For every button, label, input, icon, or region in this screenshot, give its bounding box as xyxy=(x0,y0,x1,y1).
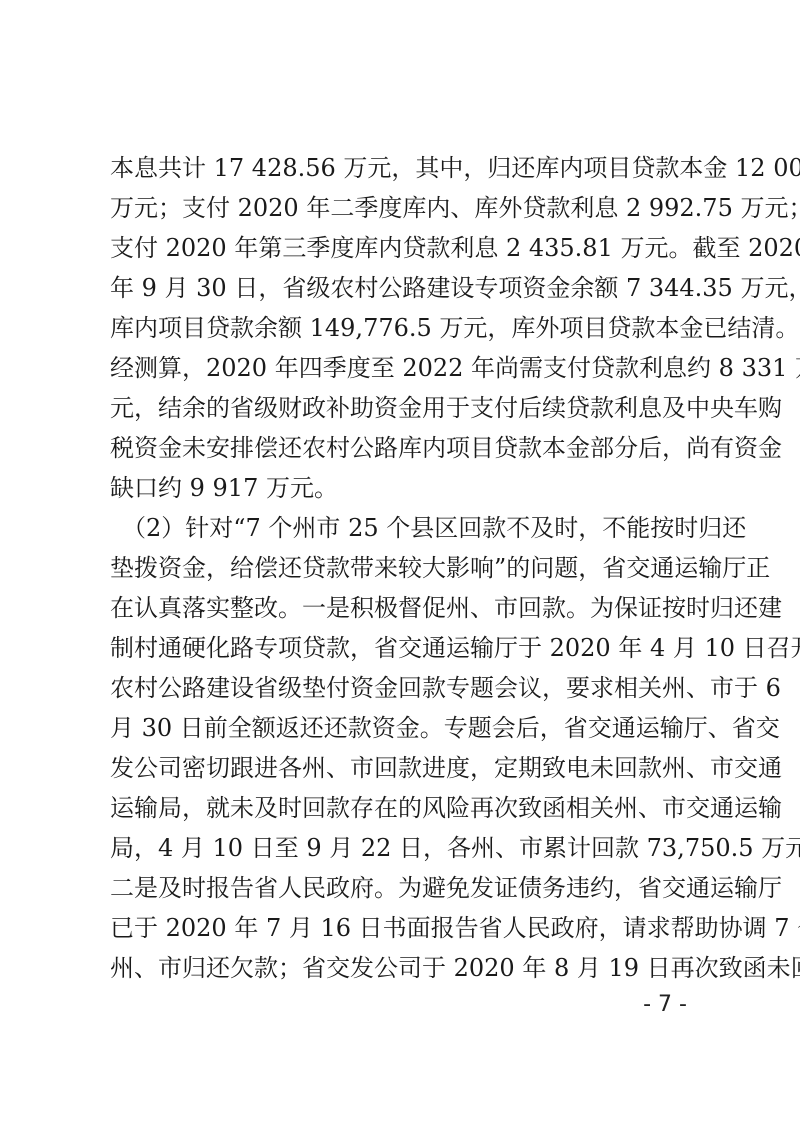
page-number: - 7 - xyxy=(620,985,710,1025)
text-line: 发公司密切跟进各州、市回款进度，定期致电未回款州、市交通 xyxy=(110,748,700,788)
text-line: 二是及时报告省人民政府。为避免发证债务违约，省交通运输厅 xyxy=(110,868,700,908)
text-line: 运输局，就未及时回款存在的风险再次致函相关州、市交通运输 xyxy=(110,788,700,828)
document-page: 本息共计 17 428.56 万元，其中，归还库内项目贷款本金 12 000 万… xyxy=(0,0,800,1131)
text-line: 年 9 月 30 日，省级农村公路建设专项资金余额 7 344.35 万元， xyxy=(110,268,700,308)
text-line: 局，4 月 10 日至 9 月 22 日，各州、市累计回款 73,750.5 万… xyxy=(110,828,700,868)
text-line: 农村公路建设省级垫付资金回款专题会议，要求相关州、市于 6 xyxy=(110,668,700,708)
text-line: 已于 2020 年 7 月 16 日书面报告省人民政府，请求帮助协调 7 个 xyxy=(110,908,700,948)
body-text: 本息共计 17 428.56 万元，其中，归还库内项目贷款本金 12 000 万… xyxy=(110,148,700,988)
text-line: 垫拨资金，给偿还贷款带来较大影响”的问题，省交通运输厅正 xyxy=(110,548,700,588)
text-line: 库内项目贷款余额 149,776.5 万元，库外项目贷款本金已结清。 xyxy=(110,308,700,348)
text-line: 在认真落实整改。一是积极督促州、市回款。为保证按时归还建 xyxy=(110,588,700,628)
text-line: 月 30 日前全额返还还款资金。专题会后，省交通运输厅、省交 xyxy=(110,708,700,748)
text-line: 州、市归还欠款；省交发公司于 2020 年 8 月 19 日再次致函未回 xyxy=(110,948,700,988)
text-line: 支付 2020 年第三季度库内贷款利息 2 435.81 万元。截至 2020 xyxy=(110,228,700,268)
text-line: 缺口约 9 917 万元。 xyxy=(110,468,700,508)
text-line: 经测算，2020 年四季度至 2022 年尚需支付贷款利息约 8 331 万 xyxy=(110,348,700,388)
text-line: 万元；支付 2020 年二季度库内、库外贷款利息 2 992.75 万元； xyxy=(110,188,700,228)
text-line: 制村通硬化路专项贷款，省交通运输厅于 2020 年 4 月 10 日召开 xyxy=(110,628,700,668)
text-line: 本息共计 17 428.56 万元，其中，归还库内项目贷款本金 12 000 xyxy=(110,148,700,188)
text-line: 元，结余的省级财政补助资金用于支付后续贷款利息及中央车购 xyxy=(110,388,700,428)
text-line: 税资金未安排偿还农村公路库内项目贷款本金部分后，尚有资金 xyxy=(110,428,700,468)
text-line: （2）针对“7 个州市 25 个县区回款不及时，不能按时归还 xyxy=(110,508,700,548)
